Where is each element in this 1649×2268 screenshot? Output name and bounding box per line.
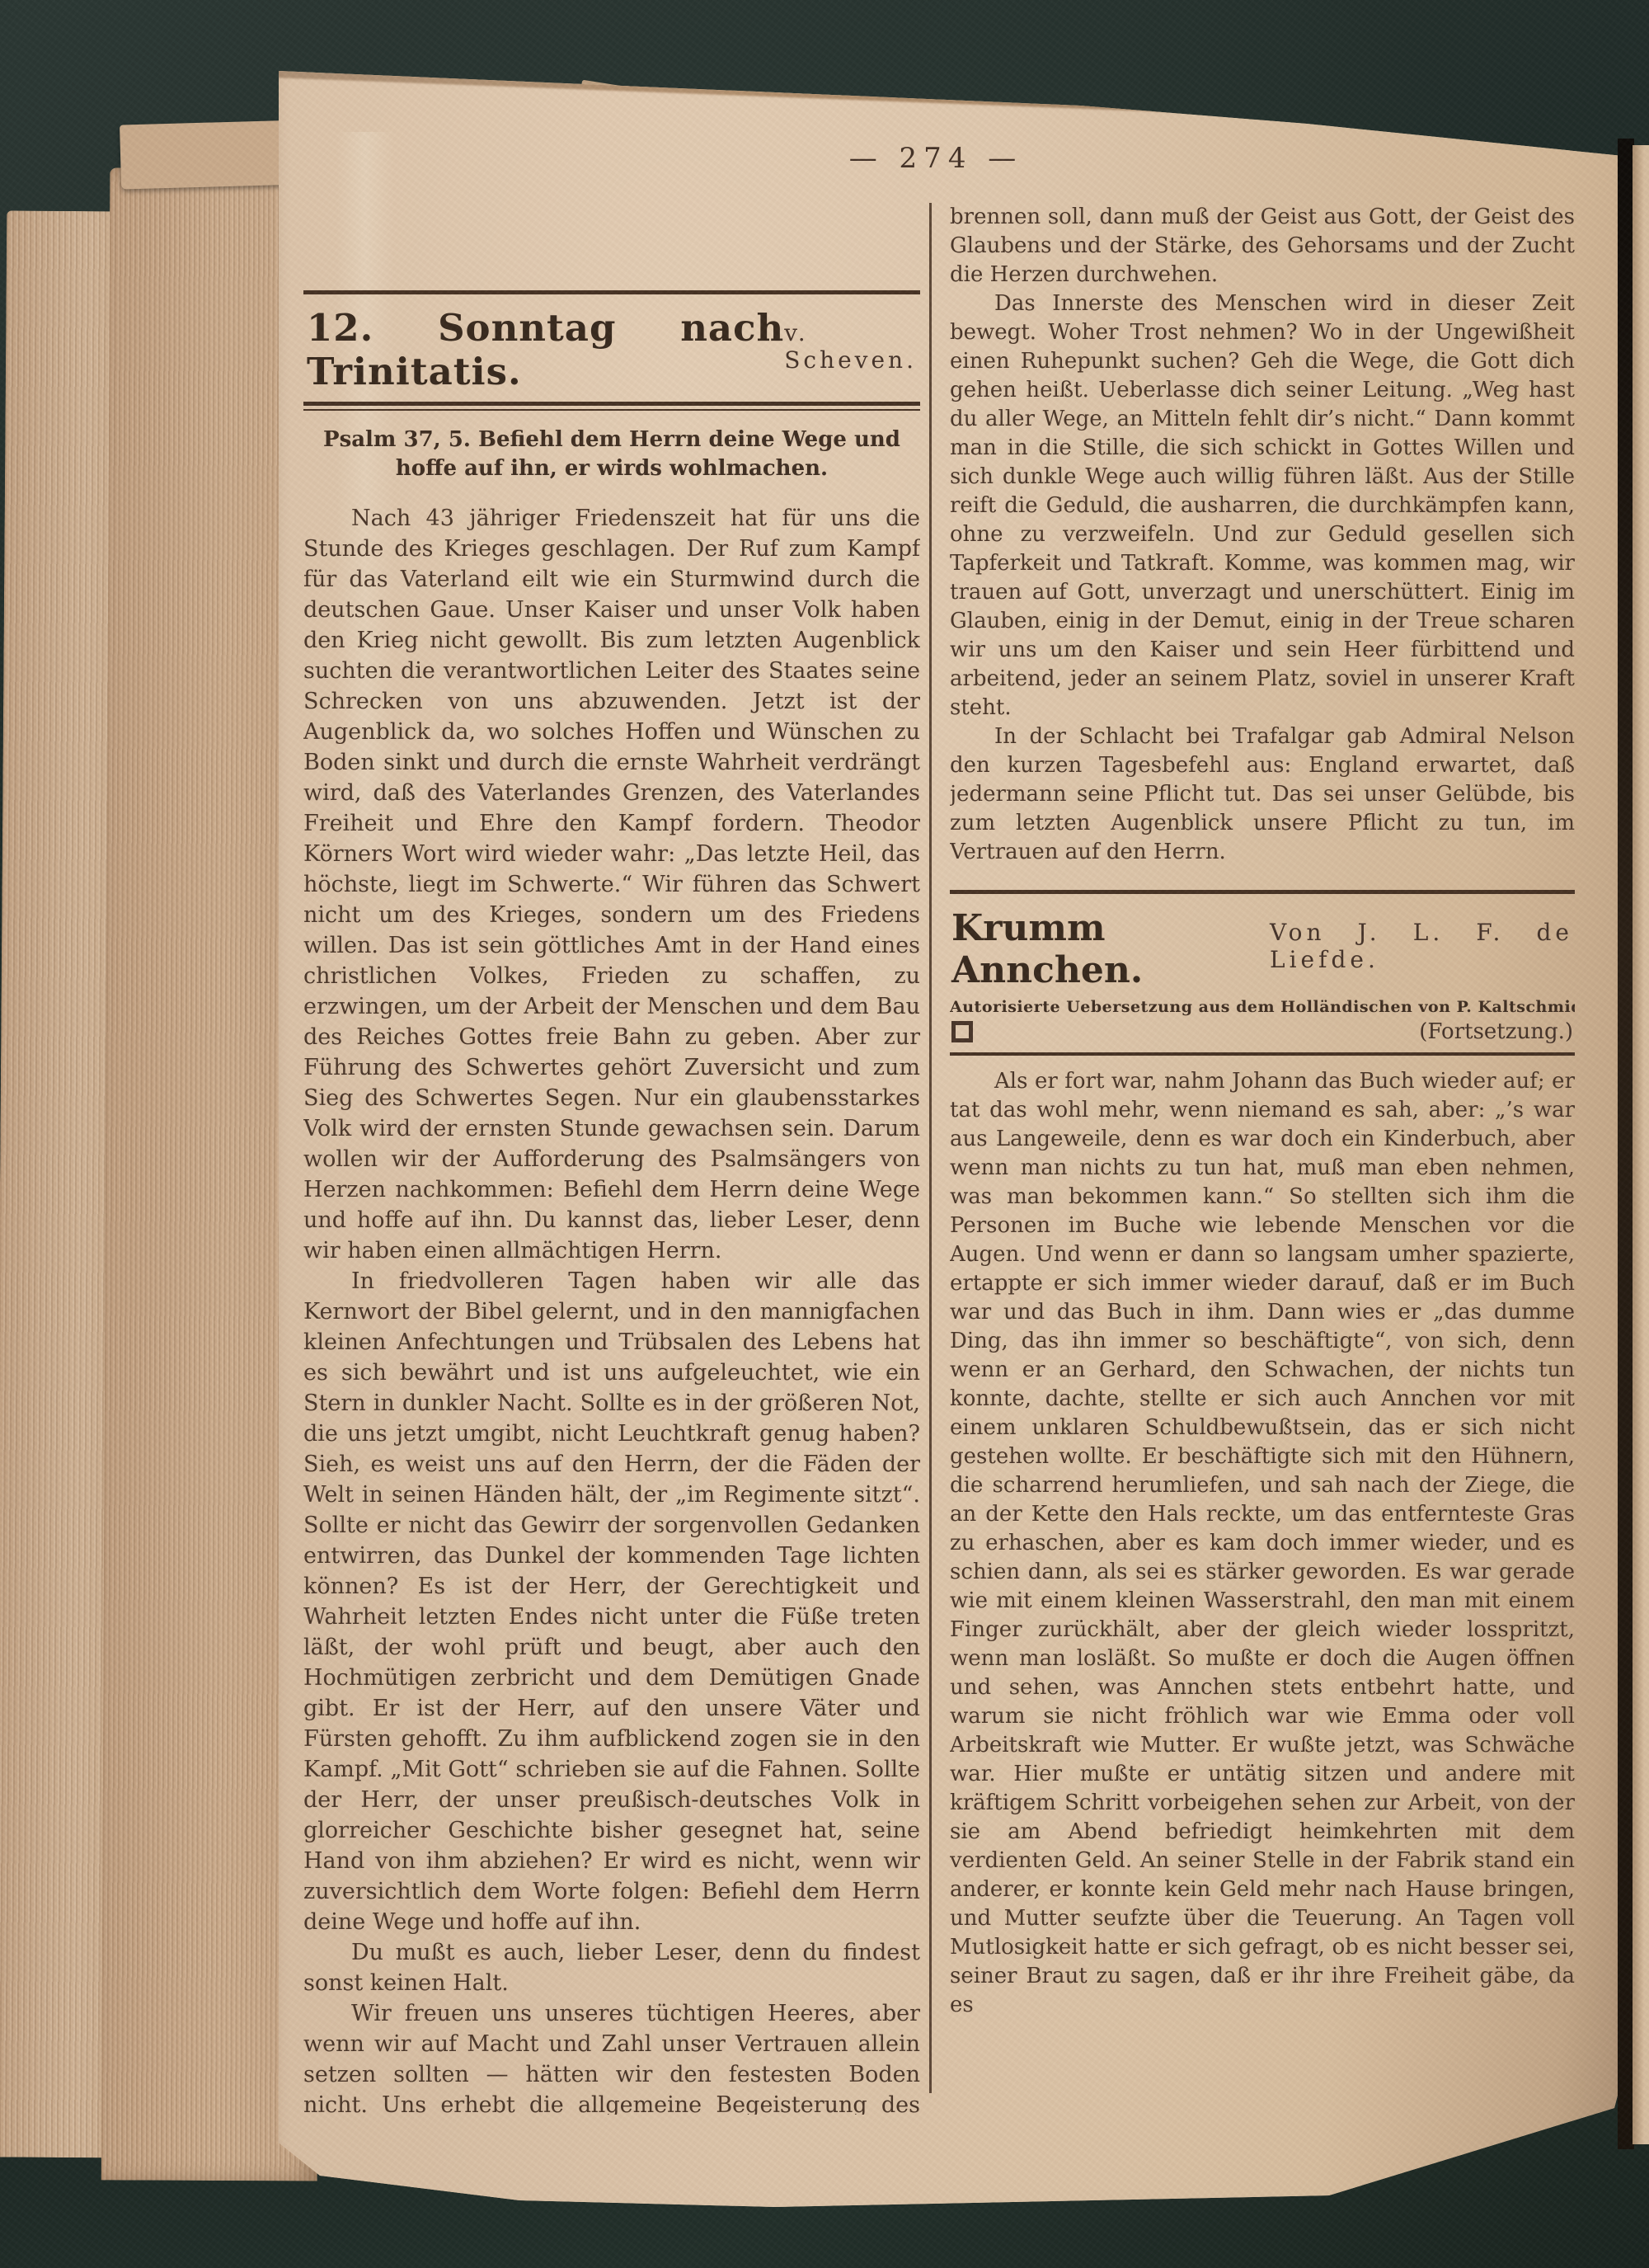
sermon-author: v. Scheven. <box>784 319 917 374</box>
book-scan-photo: — 274 — 12. Sonntag nach Trinitatis. v. … <box>0 0 1649 2268</box>
book-gutter-gap <box>1618 139 1634 2149</box>
sermon-title: 12. Sonntag nach Trinitatis. <box>307 306 784 393</box>
psalm-verse: Psalm 37, 5. Befiehl dem Herrn deine Weg… <box>308 426 915 483</box>
heading-rule-bottom-thin <box>303 409 920 411</box>
story-title: Krumm Annchen. <box>951 907 1270 991</box>
sermon-paragraph: In der Schlacht bei Trafalgar gab Admira… <box>950 722 1575 867</box>
page-number: — 274 — <box>849 142 1023 175</box>
story-paragraph: Als er fort war, nahm Johann das Buch wi… <box>950 1067 1575 2020</box>
story-heading-block: Krumm Annchen. Von J. L. F. de Liefde. A… <box>950 890 1575 1056</box>
facing-page-edge <box>1633 145 1649 2144</box>
left-column: 12. Sonntag nach Trinitatis. v. Scheven.… <box>303 290 920 2115</box>
page-top-edge-wear <box>272 66 1630 129</box>
story-author: Von J. L. F. de Liefde. <box>1270 919 1573 973</box>
sermon-heading-row: 12. Sonntag nach Trinitatis. v. Scheven. <box>303 294 920 402</box>
story-continuation-row: (Fortsetzung.) <box>950 1016 1575 1052</box>
right-column: brennen soll, dann muß der Geist aus Got… <box>950 203 1575 2118</box>
printer-square-mark <box>951 1021 973 1042</box>
heading-rule-bottom <box>303 402 920 406</box>
story-continuation-label: (Fortsetzung.) <box>1419 1019 1573 1044</box>
story-translation-note: Autorisierte Uebersetzung aus dem Hollän… <box>950 993 1575 1016</box>
sermon-paragraph: Nach 43 jähriger Friedenszeit hat für un… <box>303 503 920 1266</box>
sermon-paragraph: Das Innerste des Menschen wird in dieser… <box>950 289 1575 722</box>
story-heading-row: Krumm Annchen. Von J. L. F. de Liefde. <box>950 894 1575 993</box>
column-divider-rule <box>929 203 932 2093</box>
sermon-paragraph: Du mußt es auch, lieber Leser, denn du f… <box>303 1937 920 1998</box>
sermon-paragraph-continued: brennen soll, dann muß der Geist aus Got… <box>950 203 1575 289</box>
story-rule-bottom <box>950 1052 1575 1056</box>
sermon-paragraph: Wir freuen uns unseres tüchtigen Heeres,… <box>303 1998 920 2115</box>
sermon-paragraph: In friedvolleren Tagen haben wir alle da… <box>303 1266 920 1937</box>
book-page: — 274 — 12. Sonntag nach Trinitatis. v. … <box>272 0 1631 2268</box>
